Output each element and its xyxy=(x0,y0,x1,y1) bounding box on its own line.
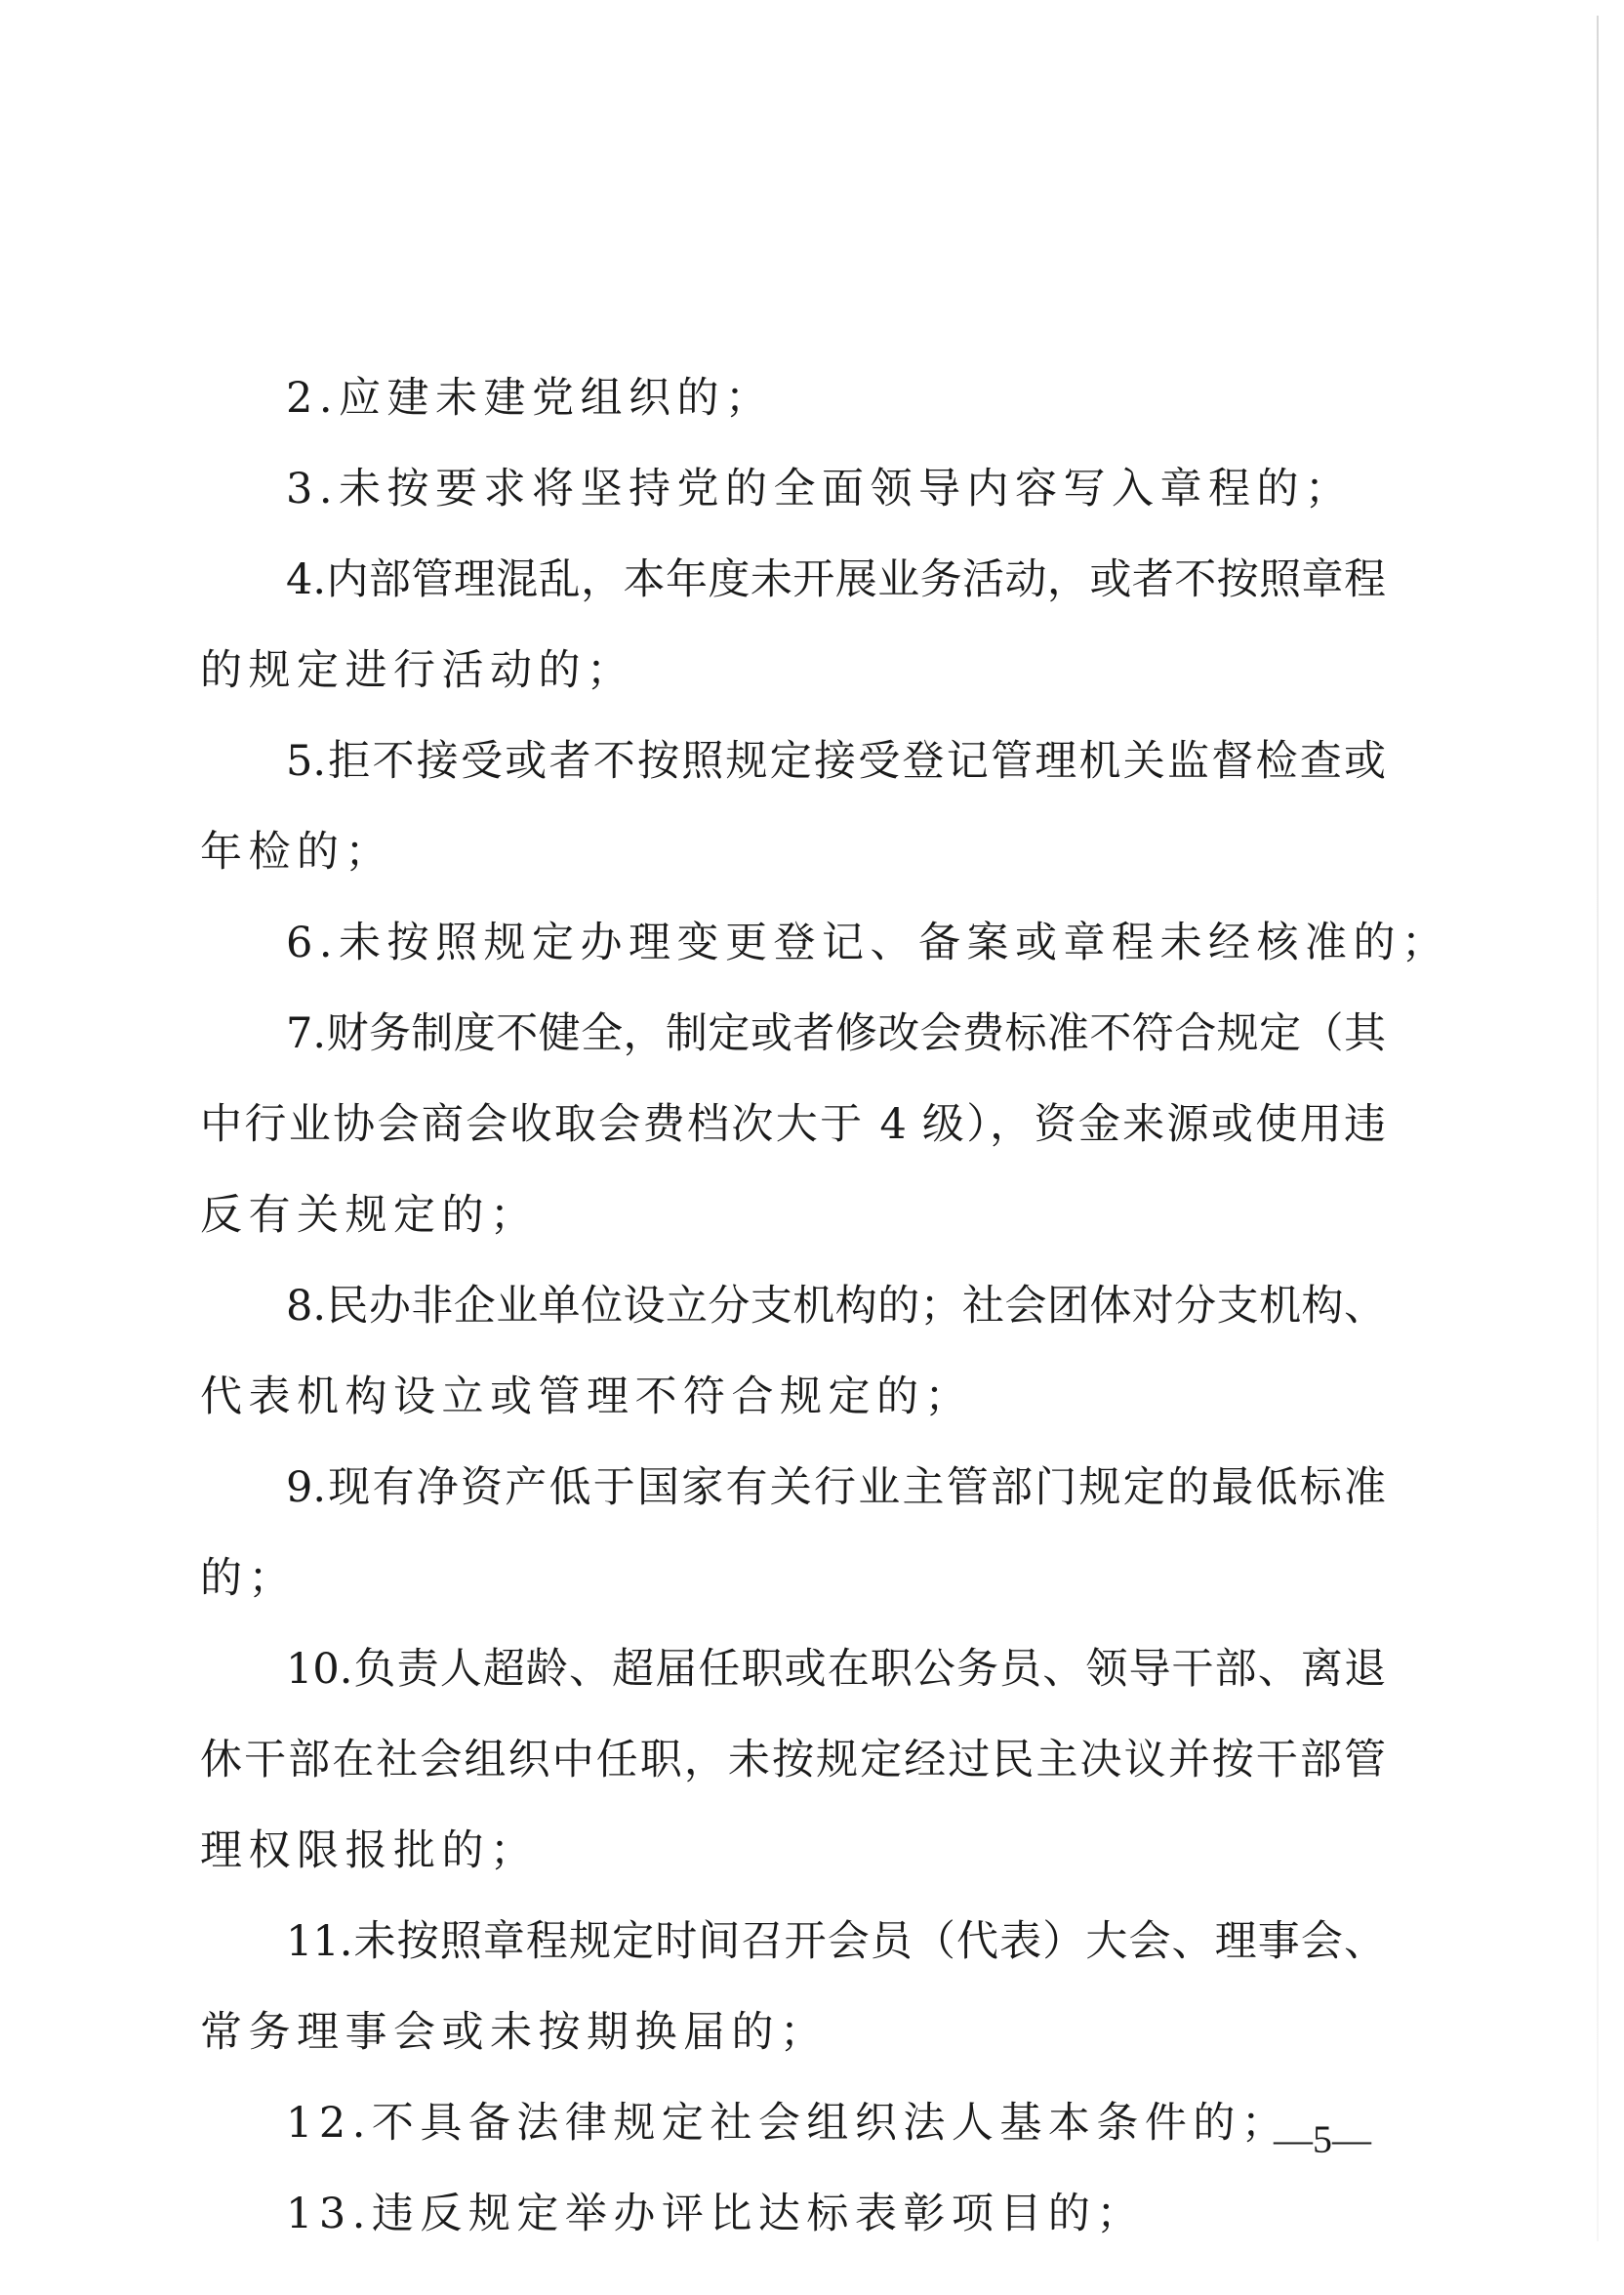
document-body: 2.应建未建党组织的； 3.未按要求将坚持党的全面领导内容写入章程的； 4.内部… xyxy=(200,353,1386,2260)
list-item-5-cont: 年检的； xyxy=(200,807,1386,898)
list-item-12: 12.不具备法律规定社会组织法人基本条件的； xyxy=(200,2078,1386,2169)
list-item-9: 9.现有净资产低于国家有关行业主管部门规定的最低标准 xyxy=(200,1443,1386,1534)
list-item-3: 3.未按要求将坚持党的全面领导内容写入章程的； xyxy=(200,444,1386,535)
list-item-8: 8.民办非企业单位设立分支机构的；社会团体对分支机构、 xyxy=(200,1261,1386,1352)
list-item-13: 13.违反规定举办评比达标表彰项目的； xyxy=(200,2169,1386,2260)
list-item-9-cont: 的； xyxy=(200,1534,1386,1624)
list-item-7-cont: 中行业协会商会收取会费档次大于 4 级），资金来源或使用违 xyxy=(200,1080,1386,1170)
list-item-4: 4.内部管理混乱，本年度未开展业务活动，或者不按照章程 xyxy=(200,535,1386,626)
list-item-7-cont2: 反有关规定的； xyxy=(200,1170,1386,1261)
list-item-4-cont: 的规定进行活动的； xyxy=(200,626,1386,717)
list-item-11: 11.未按照章程规定时间召开会员（代表）大会、理事会、 xyxy=(200,1897,1386,1988)
list-item-6: 6.未按照规定办理变更登记、备案或章程未经核准的； xyxy=(200,898,1386,989)
list-item-2: 2.应建未建党组织的； xyxy=(200,353,1386,444)
list-item-11-cont: 常务理事会或未按期换届的； xyxy=(200,1988,1386,2078)
list-item-7: 7.财务制度不健全，制定或者修改会费标准不符合规定（其 xyxy=(200,989,1386,1080)
list-item-5: 5.拒不接受或者不按照规定接受登记管理机关监督检查或 xyxy=(200,717,1386,807)
page-number: —5— xyxy=(1274,2116,1371,2162)
list-item-10-cont2: 理权限报批的； xyxy=(200,1806,1386,1897)
list-item-10: 10.负责人超龄、超届任职或在职公务员、领导干部、离退 xyxy=(200,1624,1386,1715)
list-item-10-cont: 休干部在社会组织中任职，未按规定经过民主决议并按干部管 xyxy=(200,1715,1386,1806)
list-item-8-cont: 代表机构设立或管理不符合规定的； xyxy=(200,1352,1386,1443)
scan-edge-line xyxy=(1597,16,1599,2241)
